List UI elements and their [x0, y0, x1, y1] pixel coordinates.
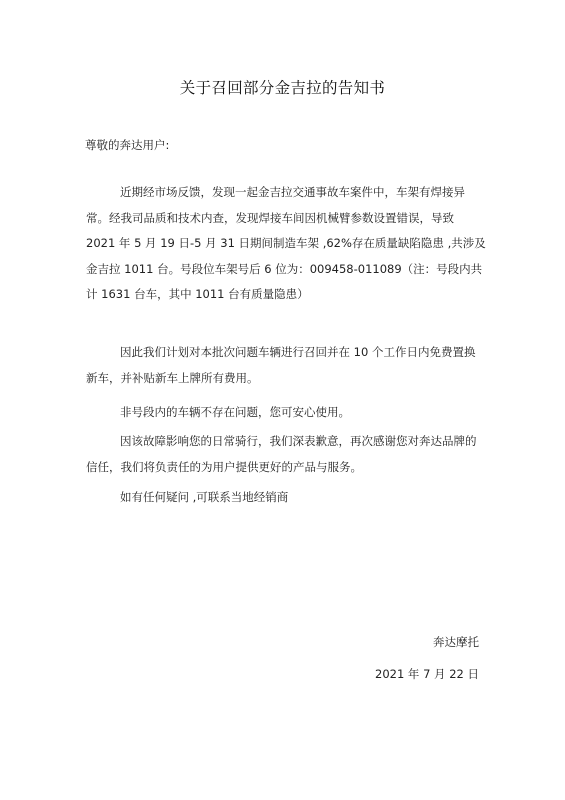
paragraph-apology: 因该故障影响您的日常骑行，我们深表歉意，再次感谢您对奔达品牌的信任，我们将负责任…	[86, 429, 486, 480]
paragraph-unaffected: 非号段内的车辆不存在问题，您可安心使用。	[86, 400, 486, 426]
document-title: 关于召回部分金吉拉的告知书	[0, 76, 565, 98]
paragraph-incident: 近期经市场反馈，发现一起金吉拉交通事故车案件中，车架有焊接异常。经我司品质和技术…	[86, 180, 486, 308]
salutation: 尊敬的奔达用户:	[85, 137, 169, 153]
paragraph-text: 因此我们计划对本批次问题车辆进行召回并在 10 个工作日内免费置换新车，并补贴新…	[86, 340, 486, 391]
paragraph-text: 非号段内的车辆不存在问题，您可安心使用。	[86, 400, 486, 426]
paragraph-contact: 如有任何疑问 ,可联系当地经销商	[86, 485, 486, 511]
paragraph-text: 近期经市场反馈，发现一起金吉拉交通事故车案件中，车架有焊接异常。经我司品质和技术…	[86, 180, 486, 308]
paragraph-text: 如有任何疑问 ,可联系当地经销商	[86, 485, 486, 511]
paragraph-recall-plan: 因此我们计划对本批次问题车辆进行召回并在 10 个工作日内免费置换新车，并补贴新…	[86, 340, 486, 391]
document-date: 2021 年 7 月 22 日	[375, 666, 479, 682]
paragraph-text: 因该故障影响您的日常骑行，我们深表歉意，再次感谢您对奔达品牌的信任，我们将负责任…	[86, 429, 486, 480]
signature: 奔达摩托	[433, 634, 479, 650]
document-page: 关于召回部分金吉拉的告知书 尊敬的奔达用户: 近期经市场反馈，发现一起金吉拉交通…	[0, 0, 565, 800]
